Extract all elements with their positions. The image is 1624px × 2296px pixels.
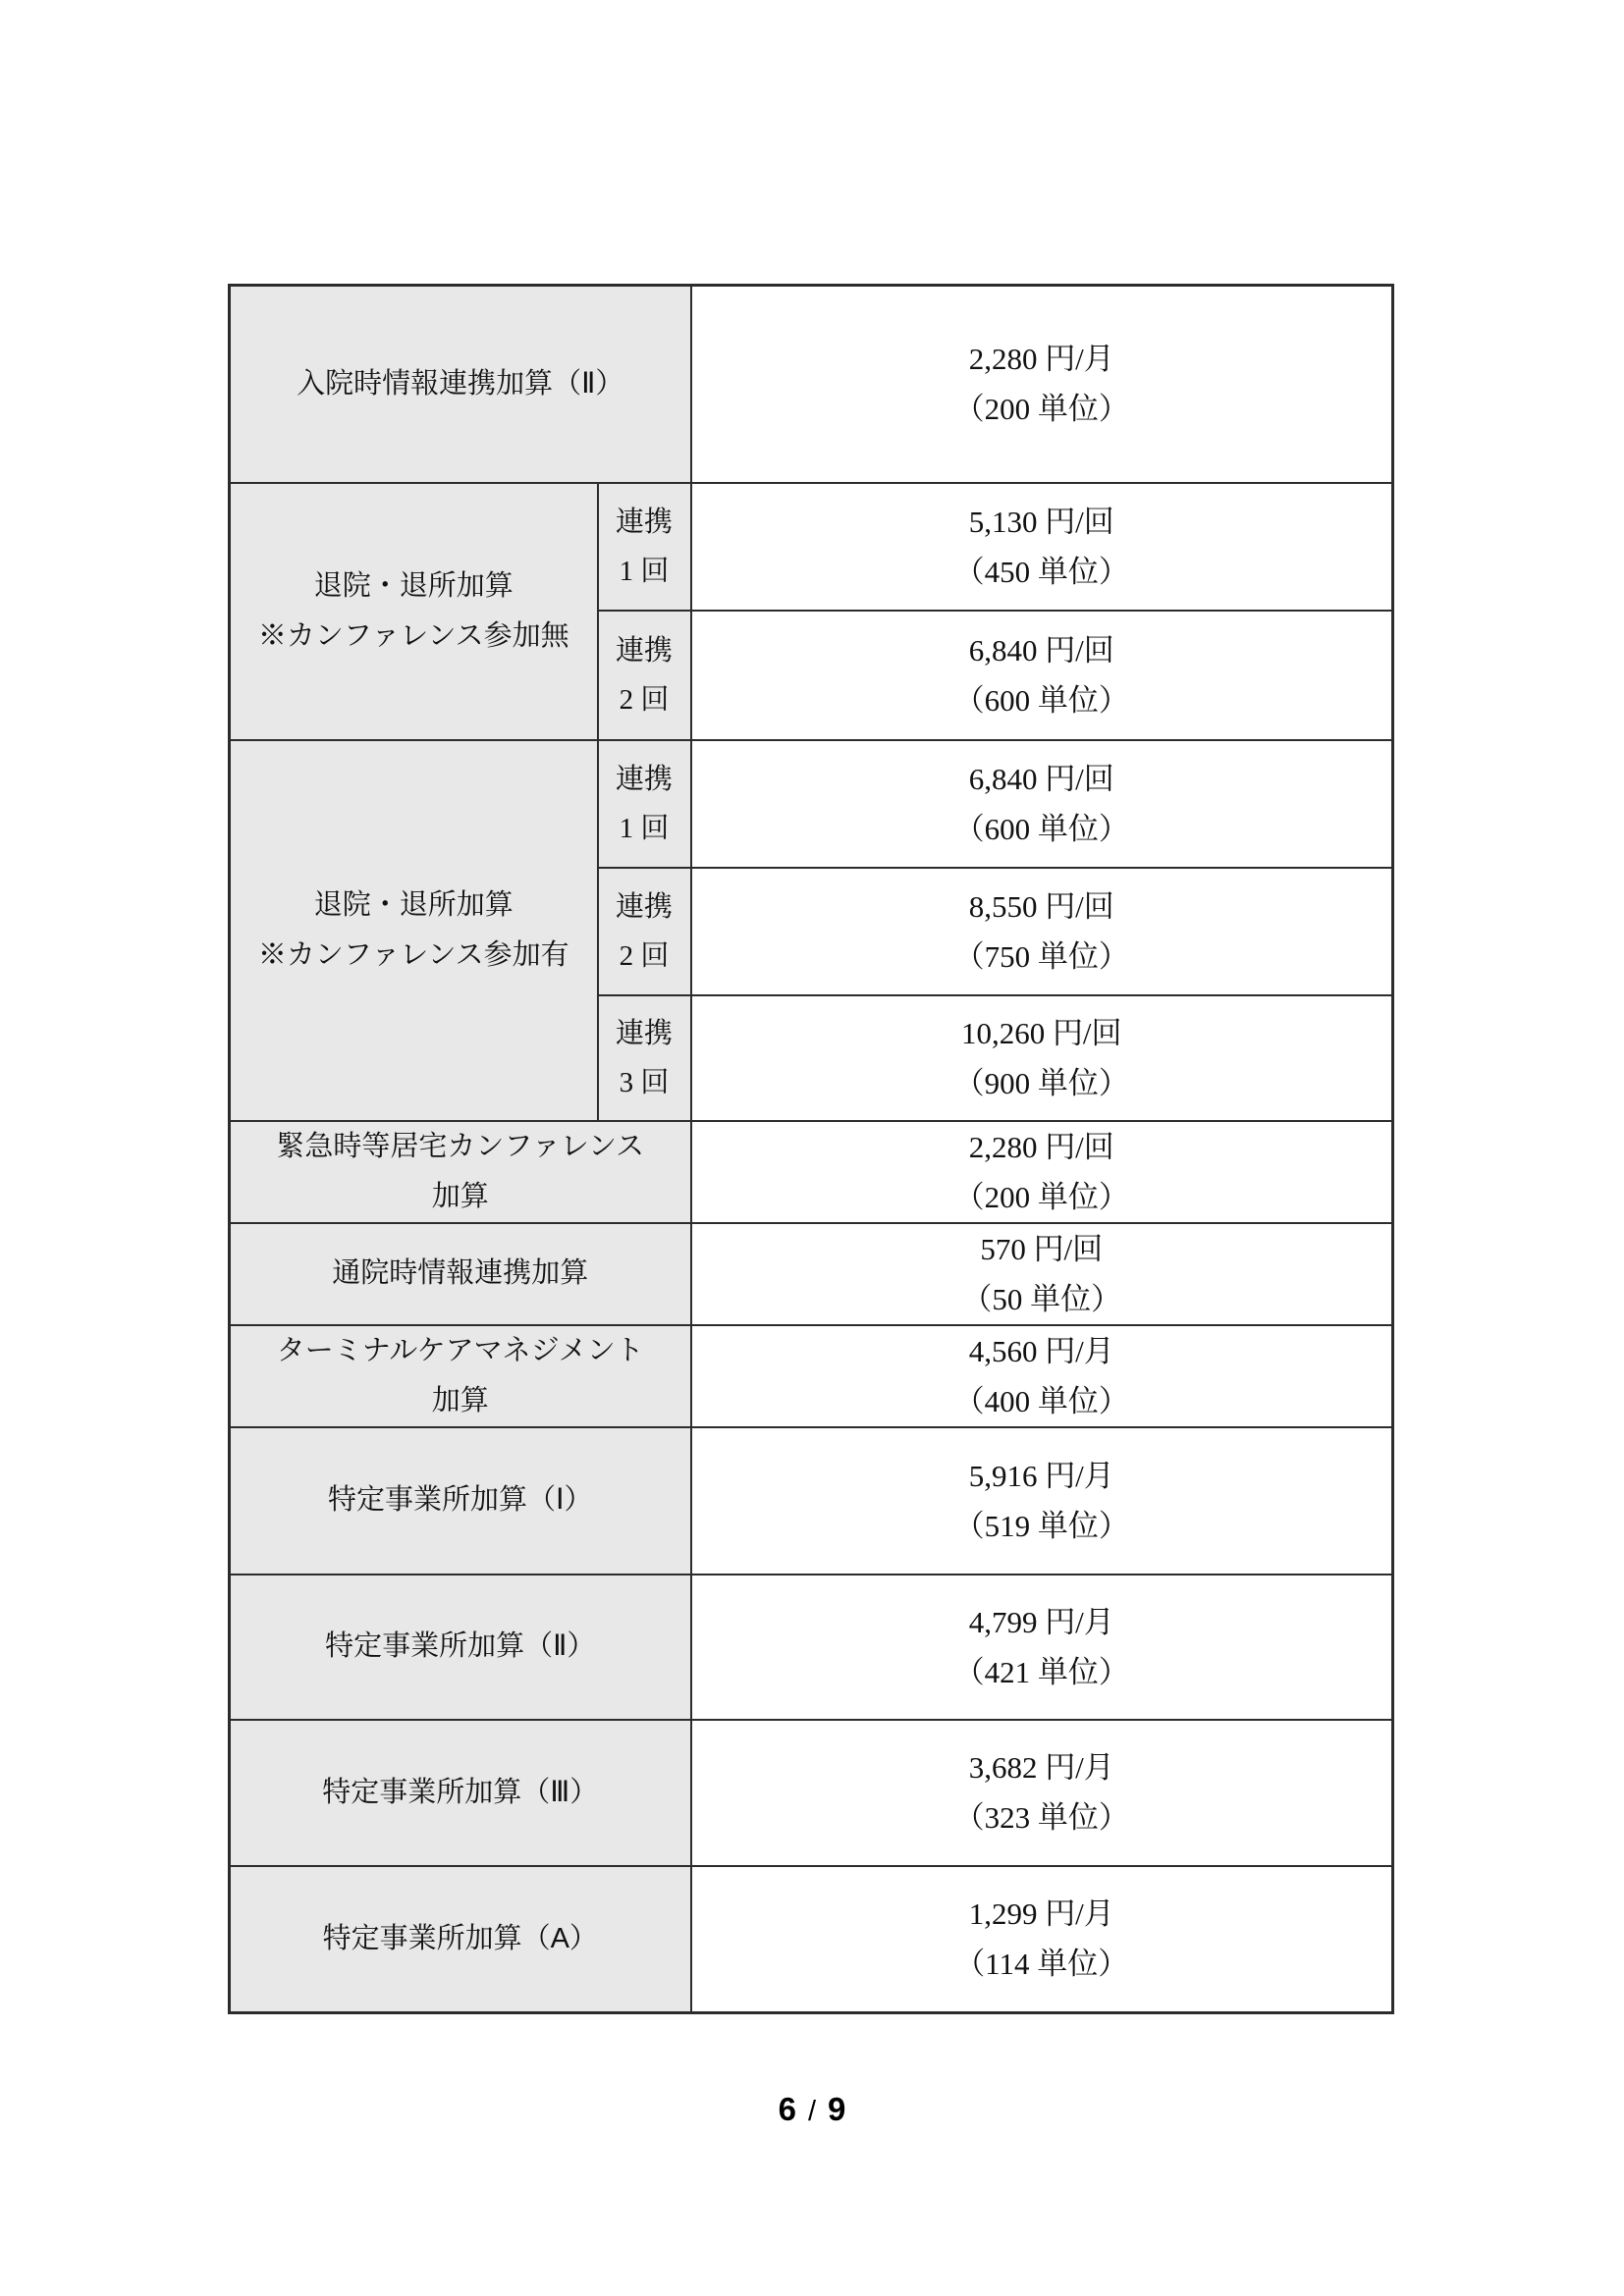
group-label-line2: ※カンファレンス参加無 [231, 612, 597, 662]
renkei-label: 連携 [599, 1009, 690, 1058]
fee-amount: 4,799 円/月 [692, 1597, 1392, 1647]
fee-table: 入院時情報連携加算（Ⅱ） 2,280 円/月 （200 単位） 退院・退所加算 … [228, 284, 1394, 2014]
table-row: 特定事業所加算（Ⅲ） 3,682 円/月 （323 単位） [230, 1720, 1393, 1866]
row-label-line1: 緊急時等居宅カンファレンス [231, 1122, 690, 1172]
row-label-cell: 特定事業所加算（Ⅲ） [230, 1720, 691, 1866]
fee-unit: （421 単位） [692, 1647, 1392, 1697]
total-page-count: 9 [828, 2091, 845, 2127]
table-row: 緊急時等居宅カンファレンス 加算 2,280 円/回 （200 単位） [230, 1121, 1393, 1223]
fee-cell: 4,560 円/月 （400 単位） [691, 1325, 1393, 1427]
table-row: 特定事業所加算（A） 1,299 円/月 （114 単位） [230, 1866, 1393, 2013]
renkei-count-cell: 連携 1 回 [598, 740, 691, 868]
fee-cell: 2,280 円/回 （200 単位） [691, 1121, 1393, 1223]
fee-unit: （750 単位） [692, 932, 1392, 982]
fee-cell: 6,840 円/回 （600 単位） [691, 740, 1393, 868]
page-separator: / [808, 2096, 816, 2127]
group-label-cell: 退院・退所加算 ※カンファレンス参加有 [230, 740, 598, 1121]
fee-unit: （400 単位） [692, 1376, 1392, 1426]
renkei-count-cell: 連携 1 回 [598, 483, 691, 611]
fee-amount: 1,299 円/月 [692, 1889, 1392, 1939]
fee-cell: 3,682 円/月 （323 単位） [691, 1720, 1393, 1866]
row-label: 特定事業所加算（Ⅱ） [231, 1622, 690, 1672]
current-page-number: 6 [779, 2091, 796, 2127]
document-page: 入院時情報連携加算（Ⅱ） 2,280 円/月 （200 単位） 退院・退所加算 … [0, 0, 1624, 2296]
table-row: ターミナルケアマネジメント 加算 4,560 円/月 （400 単位） [230, 1325, 1393, 1427]
row-label-line2: 加算 [231, 1376, 690, 1426]
renkei-count: 2 回 [599, 675, 690, 724]
fee-amount: 2,280 円/回 [692, 1122, 1392, 1172]
row-label-cell: 特定事業所加算（Ⅰ） [230, 1427, 691, 1575]
table-row: 入院時情報連携加算（Ⅱ） 2,280 円/月 （200 単位） [230, 286, 1393, 483]
fee-amount: 6,840 円/回 [692, 625, 1392, 675]
table-row: 退院・退所加算 ※カンファレンス参加有 連携 1 回 6,840 円/回 （60… [230, 740, 1393, 868]
fee-cell: 6,840 円/回 （600 単位） [691, 611, 1393, 740]
row-label-cell: 特定事業所加算（A） [230, 1866, 691, 2013]
fee-cell: 4,799 円/月 （421 単位） [691, 1575, 1393, 1720]
row-label-cell: 緊急時等居宅カンファレンス 加算 [230, 1121, 691, 1223]
row-label: 入院時情報連携加算（Ⅱ） [231, 359, 690, 409]
fee-cell: 10,260 円/回 （900 単位） [691, 995, 1393, 1121]
fee-cell: 5,916 円/月 （519 単位） [691, 1427, 1393, 1575]
renkei-count: 2 回 [599, 932, 690, 981]
renkei-label: 連携 [599, 755, 690, 804]
group-label-cell: 退院・退所加算 ※カンファレンス参加無 [230, 483, 598, 740]
fee-cell: 2,280 円/月 （200 単位） [691, 286, 1393, 483]
page-footer: 6/9 [0, 2091, 1624, 2128]
fee-amount: 6,840 円/回 [692, 754, 1392, 804]
fee-unit: （200 単位） [692, 1172, 1392, 1222]
group-label-line1: 退院・退所加算 [231, 881, 597, 931]
fee-cell: 1,299 円/月 （114 単位） [691, 1866, 1393, 2013]
table-row: 特定事業所加算（Ⅱ） 4,799 円/月 （421 単位） [230, 1575, 1393, 1720]
fee-amount: 5,130 円/回 [692, 497, 1392, 547]
fee-cell: 570 円/回 （50 単位） [691, 1223, 1393, 1325]
renkei-count: 1 回 [599, 547, 690, 596]
table-row: 通院時情報連携加算 570 円/回 （50 単位） [230, 1223, 1393, 1325]
renkei-label: 連携 [599, 882, 690, 932]
group-label-line1: 退院・退所加算 [231, 561, 597, 612]
row-label-cell: 通院時情報連携加算 [230, 1223, 691, 1325]
fee-unit: （323 単位） [692, 1792, 1392, 1842]
row-label: 特定事業所加算（Ⅲ） [231, 1768, 690, 1818]
row-label-line1: ターミナルケアマネジメント [231, 1326, 690, 1376]
row-label-line2: 加算 [231, 1172, 690, 1222]
fee-amount: 4,560 円/月 [692, 1326, 1392, 1376]
fee-unit: （600 単位） [692, 804, 1392, 854]
row-label-cell: 入院時情報連携加算（Ⅱ） [230, 286, 691, 483]
renkei-count: 1 回 [599, 804, 690, 853]
fee-unit: （200 単位） [692, 384, 1392, 434]
fee-amount: 10,260 円/回 [692, 1008, 1392, 1058]
row-label: 特定事業所加算（Ⅰ） [231, 1475, 690, 1525]
fee-amount: 5,916 円/月 [692, 1451, 1392, 1501]
fee-amount: 8,550 円/回 [692, 881, 1392, 932]
row-label-cell: 特定事業所加算（Ⅱ） [230, 1575, 691, 1720]
row-label-cell: ターミナルケアマネジメント 加算 [230, 1325, 691, 1427]
fee-unit: （519 単位） [692, 1501, 1392, 1551]
fee-cell: 5,130 円/回 （450 単位） [691, 483, 1393, 611]
renkei-count-cell: 連携 2 回 [598, 611, 691, 740]
renkei-label: 連携 [599, 626, 690, 675]
fee-cell: 8,550 円/回 （750 単位） [691, 868, 1393, 995]
table-row: 退院・退所加算 ※カンファレンス参加無 連携 1 回 5,130 円/回 （45… [230, 483, 1393, 611]
renkei-count: 3 回 [599, 1058, 690, 1107]
fee-amount: 3,682 円/月 [692, 1742, 1392, 1792]
group-label-line2: ※カンファレンス参加有 [231, 931, 597, 981]
fee-amount: 570 円/回 [692, 1224, 1392, 1274]
fee-unit: （114 単位） [692, 1939, 1392, 1989]
fee-unit: （450 単位） [692, 547, 1392, 597]
row-label: 特定事業所加算（A） [231, 1914, 690, 1964]
row-label: 通院時情報連携加算 [231, 1249, 690, 1299]
table-row: 特定事業所加算（Ⅰ） 5,916 円/月 （519 単位） [230, 1427, 1393, 1575]
fee-unit: （900 単位） [692, 1058, 1392, 1108]
renkei-count-cell: 連携 3 回 [598, 995, 691, 1121]
renkei-label: 連携 [599, 498, 690, 547]
fee-unit: （50 単位） [692, 1274, 1392, 1324]
renkei-count-cell: 連携 2 回 [598, 868, 691, 995]
fee-amount: 2,280 円/月 [692, 334, 1392, 384]
fee-unit: （600 単位） [692, 675, 1392, 725]
